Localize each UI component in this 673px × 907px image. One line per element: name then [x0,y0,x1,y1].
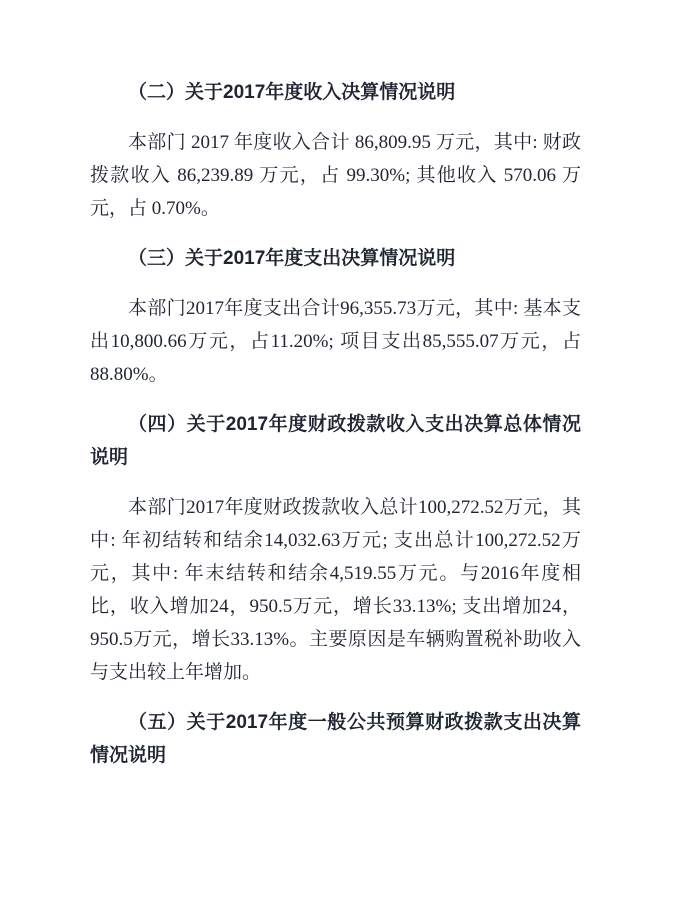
document-content: （二）关于2017年度收入决算情况说明 本部门 2017 年度收入合计 86,8… [90,76,581,789]
section-heading: （五）关于2017年度一般公共预算财政拨款支出决算情况说明 [90,706,581,772]
section-heading: （三）关于2017年度支出决算情况说明 [90,242,581,275]
section-heading: （四）关于2017年度财政拨款收入支出决算总体情况说明 [90,408,581,474]
paragraph: 本部门2017年度财政拨款收入总计100,272.52万元，其中: 年初结转和结… [90,491,581,689]
paragraph: 本部门2017年度支出合计96,355.73万元，其中: 基本支出10,800.… [90,292,581,391]
section-expenditure-final-accounts: （三）关于2017年度支出决算情况说明 本部门2017年度支出合计96,355.… [90,242,581,391]
section-income-final-accounts: （二）关于2017年度收入决算情况说明 本部门 2017 年度收入合计 86,8… [90,76,581,225]
section-fiscal-appropriation-overview: （四）关于2017年度财政拨款收入支出决算总体情况说明 本部门2017年度财政拨… [90,408,581,689]
section-general-public-budget-expenditure: （五）关于2017年度一般公共预算财政拨款支出决算情况说明 [90,706,581,772]
document-page: （二）关于2017年度收入决算情况说明 本部门 2017 年度收入合计 86,8… [0,0,673,907]
paragraph: 本部门 2017 年度收入合计 86,809.95 万元，其中: 财政拨款收入 … [90,126,581,225]
section-heading: （二）关于2017年度收入决算情况说明 [90,76,581,109]
